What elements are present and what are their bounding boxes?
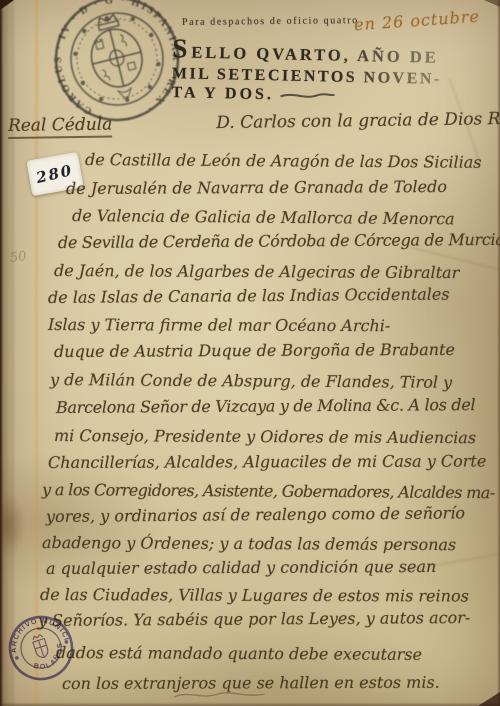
manuscript-line-text: D. Carlos con la gracia de Dios Rey <box>216 109 500 133</box>
manuscript-heading-lead: Real Cédula <box>8 115 113 139</box>
manuscript-line: Islas y Tierra firme del mar Océano Arch… <box>48 315 390 335</box>
manuscript-line: de Jerusalén de Navarra de Granada de To… <box>66 177 447 198</box>
manuscript-line: de las Ciudades, Villas y Lugares de est… <box>40 585 469 605</box>
manuscript-line: y de Milán Conde de Abspurg, de Flandes,… <box>50 370 452 392</box>
printed-office-line: Para despachos de oficio quatro <box>182 15 359 28</box>
handwritten-date-note: en 26 octubre <box>353 7 480 35</box>
manuscript-page: · CAROLUS · IV · D · G · HISPANIAR · REX… <box>0 0 500 706</box>
manuscript-line: de las Islas de Canaria de las Indias Oc… <box>48 284 450 307</box>
scan-edge-bottom <box>0 702 500 706</box>
manuscript-line: a qualquier estado calidad y condición q… <box>46 557 436 578</box>
manuscript-line: de Sevilla de Cerdeña de Córdoba de Córc… <box>58 230 500 252</box>
seal-heading-line3: TA Y DOS. <box>171 84 274 104</box>
vertical-crease <box>35 0 38 706</box>
scan-corner-top-right <box>484 0 500 7</box>
scan-edge-left-shadow <box>4 0 14 706</box>
seal-heading-line1: SELLO QVARTO, AÑO DE <box>172 33 442 70</box>
manuscript-line: y Señoríos. Ya sabéis que por las Leyes,… <box>38 608 470 630</box>
manuscript-line: abadengo y Órdenes; y a todas las demás … <box>42 533 456 554</box>
manuscript-line: yores, y ordinarios así de realengo como… <box>46 503 465 526</box>
manuscript-line: de Castilla de León de Aragón de las Dos… <box>85 150 482 172</box>
heading-swash-flourish <box>280 89 336 102</box>
manuscript-line: Chancillerías, Alcaldes, Alguaciles de m… <box>48 451 486 472</box>
manuscript-line: dados está mandado quanto debe executars… <box>56 643 422 664</box>
manuscript-line: y a los Corregidores, Asistente, Goberna… <box>42 480 495 502</box>
printed-seal-heading: SELLO QVARTO, AÑO DE MIL SETECIENTOS NOV… <box>171 33 442 108</box>
manuscript-line: de Jaén, de los Algarbes de Algeciras de… <box>54 261 459 282</box>
manuscript-line: Barcelona Señor de Vizcaya y de Molina &… <box>56 395 475 417</box>
rubric-flourish <box>172 688 268 702</box>
manuscript-line: de Valencia de Galicia de Mallorca de Me… <box>72 206 455 228</box>
manuscript-line: duque de Austria Duque de Borgoña de Bra… <box>54 340 455 361</box>
manuscript-line: mi Consejo, Presidente y Oidores de mis … <box>54 426 476 447</box>
